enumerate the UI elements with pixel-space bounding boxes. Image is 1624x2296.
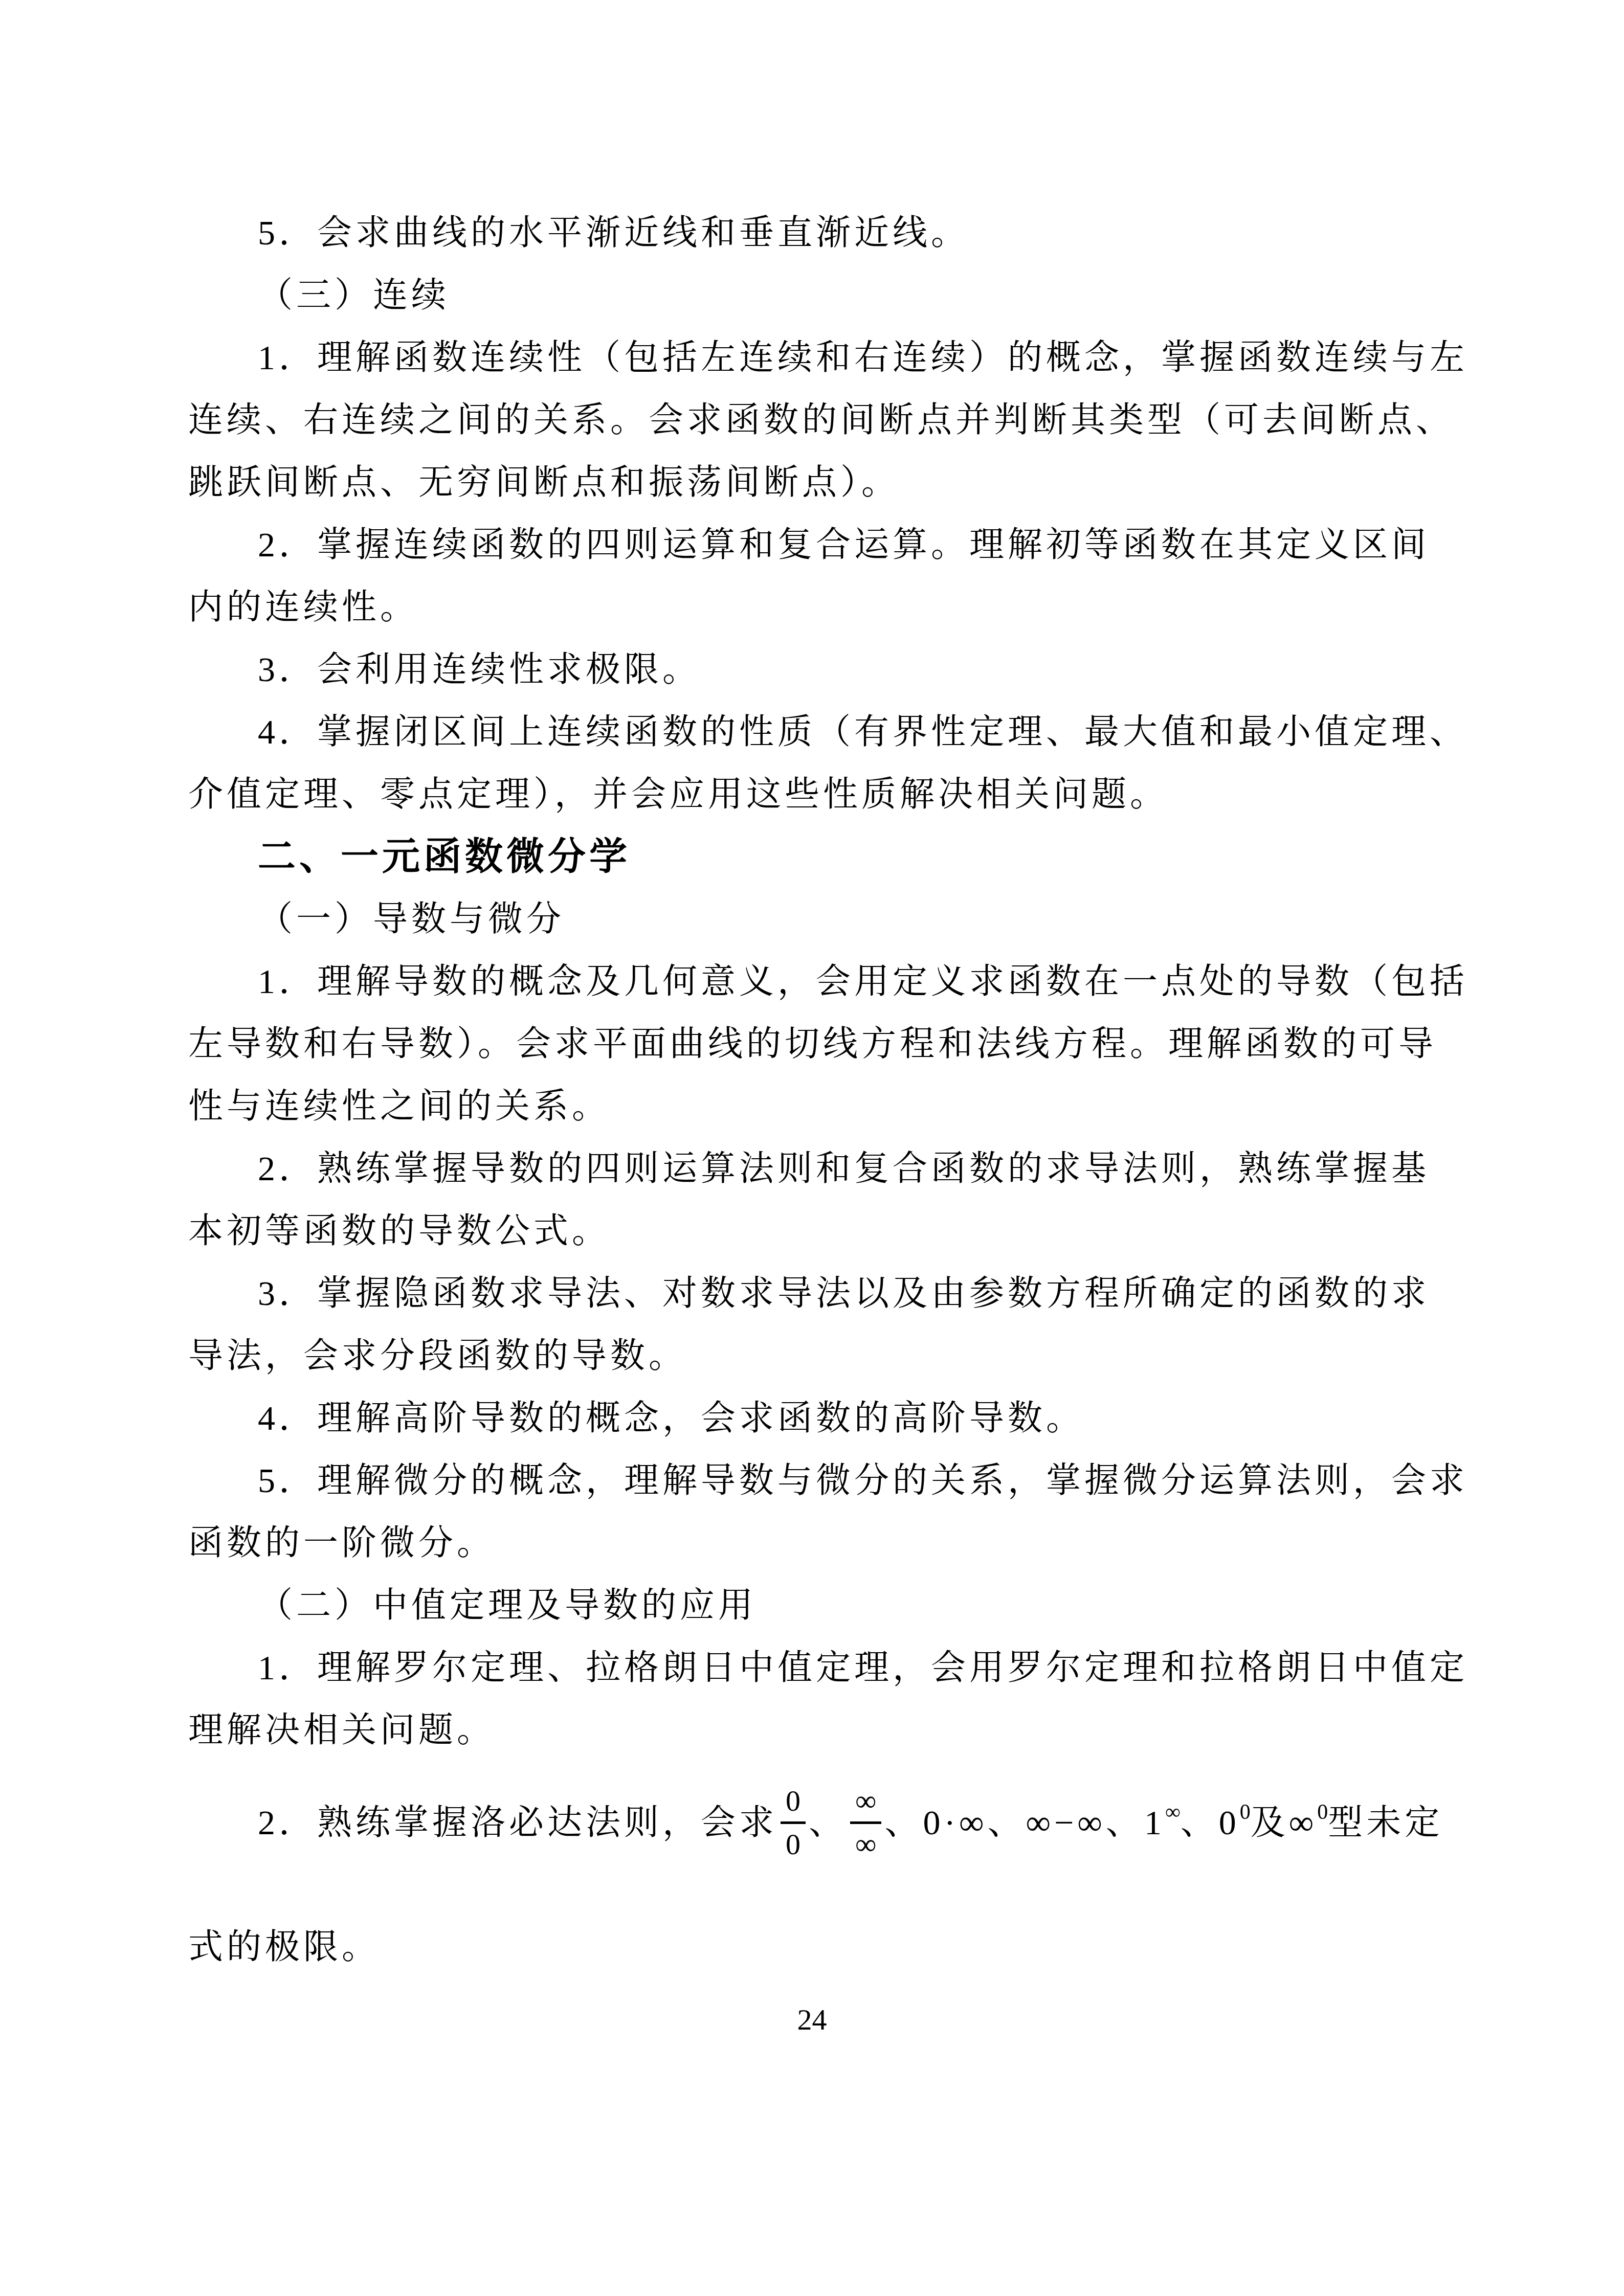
list-separator: 、 [988,1791,1026,1854]
fraction-zero-over-zero: 0 0 [781,1785,806,1861]
text-line: 导法，会求分段函数的导数。 [188,1324,1477,1387]
text-line: 2．掌握连续函数的四则运算和复合运算。理解初等函数在其定义区间 [188,513,1477,576]
power-exponent: 0 [1240,1800,1251,1824]
formula-line: 2．熟练掌握洛必达法则，会求 0 0 、 ∞ ∞ 、 0·∞ 、 ∞−∞ 、 1… [188,1761,1477,1884]
text-line: 1．理解函数连续性（包括左连续和右连续）的概念，掌握函数连续与左 [188,326,1477,389]
list-separator: 、 [1106,1791,1144,1854]
text-line: 跳跃间断点、无穷间断点和振荡间断点）。 [188,451,1477,513]
fraction-denominator: ∞ [850,1821,881,1861]
list-separator: 、 [884,1791,923,1854]
power-base: 1 [1144,1803,1165,1842]
page-number: 24 [0,2002,1624,2037]
text-line: 2．熟练掌握导数的四则运算法则和复合函数的求导法则，熟练掌握基 [188,1137,1477,1200]
text-line: 1．理解导数的概念及几何意义，会用定义求函数在一点处的导数（包括 [188,950,1477,1012]
text-line: 3．会利用连续性求极限。 [188,638,1477,701]
text-line: 内的连续性。 [188,576,1477,638]
term-zero-times-inf: 0·∞ [923,1791,987,1854]
power-one-to-inf: 1∞ [1144,1791,1181,1854]
fraction-denominator: 0 [781,1821,806,1861]
text-line: 4．掌握闭区间上连续函数的性质（有界性定理、最大值和最小值定理、 [188,701,1477,763]
subsection-heading: （三）连续 [188,264,1477,326]
fraction-inf-over-inf: ∞ ∞ [850,1785,881,1861]
power-exponent: 0 [1317,1800,1328,1824]
power-zero-to-zero: 00 [1219,1791,1251,1854]
text-line: 连续、右连续之间的关系。会求函数的间断点并判断其类型（可去间断点、 [188,389,1477,451]
formula-prefix: 2．熟练掌握洛必达法则，会求 [258,1791,777,1854]
fraction-numerator: ∞ [850,1785,881,1821]
text-line: 4．理解高阶导数的概念，会求函数的高阶导数。 [188,1387,1477,1449]
text-line: 1．理解罗尔定理、拉格朗日中值定理，会用罗尔定理和拉格朗日中值定 [188,1636,1477,1699]
subsection-heading: （二）中值定理及导数的应用 [188,1574,1477,1636]
subsection-heading: （一）导数与微分 [188,888,1477,950]
text-line: 式的极限。 [188,1916,1477,1978]
list-separator: 、 [1181,1791,1219,1854]
conjunction: 及 [1251,1791,1289,1854]
text-line: 5．会求曲线的水平渐近线和垂直渐近线。 [188,201,1477,264]
text-line: 函数的一阶微分。 [188,1512,1477,1574]
document-page: 5．会求曲线的水平渐近线和垂直渐近线。 （三）连续 1．理解函数连续性（包括左连… [0,0,1624,2296]
text-line: 性与连续性之间的关系。 [188,1075,1477,1137]
chapter-heading: 二、一元函数微分学 [188,825,1477,888]
fraction-numerator: 0 [781,1785,806,1821]
power-inf-to-zero: ∞0 [1289,1791,1328,1854]
list-separator: 、 [809,1791,847,1854]
power-base: 0 [1219,1803,1240,1842]
power-exponent: ∞ [1165,1800,1181,1824]
text-line: 介值定理、零点定理），并会应用这些性质解决相关问题。 [188,763,1477,825]
document-body: 5．会求曲线的水平渐近线和垂直渐近线。 （三）连续 1．理解函数连续性（包括左连… [188,201,1477,1978]
text-line: 5．理解微分的概念，理解导数与微分的关系，掌握微分运算法则，会求 [188,1449,1477,1512]
text-line: 3．掌握隐函数求导法、对数求导法以及由参数方程所确定的函数的求 [188,1262,1477,1324]
text-line: 本初等函数的导数公式。 [188,1200,1477,1262]
power-base: ∞ [1289,1803,1317,1842]
formula-suffix: 型未定 [1328,1791,1443,1854]
text-line: 左导数和右导数）。会求平面曲线的切线方程和法线方程。理解函数的可导 [188,1012,1477,1075]
term-inf-minus-inf: ∞−∞ [1026,1791,1106,1854]
text-line: 理解决相关问题。 [188,1699,1477,1761]
